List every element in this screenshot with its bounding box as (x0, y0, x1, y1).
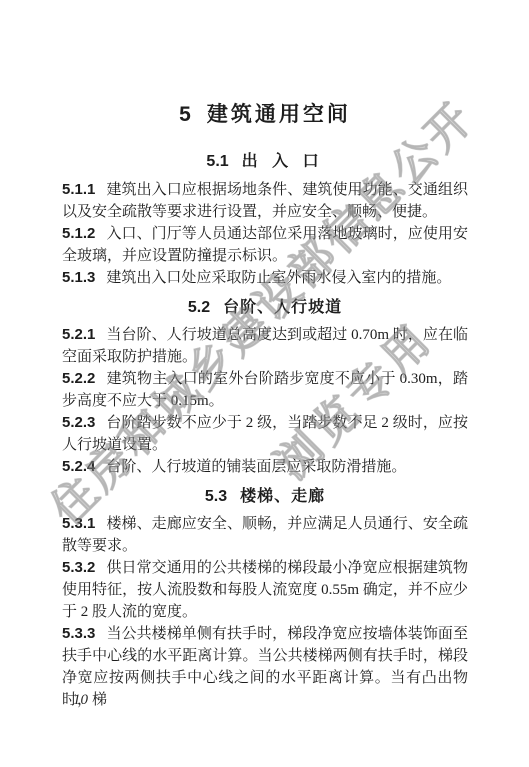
section-title: 台阶、人行坡道 (223, 299, 342, 316)
clause-number: 5.1.3 (62, 269, 106, 286)
clause-number: 5.2.2 (62, 370, 106, 387)
chapter-title-text: 建筑通用空间 (207, 103, 351, 126)
clause-number: 5.3.3 (62, 625, 106, 642)
clause-text: 楼梯、走廊应安全、顺畅，并应满足人员通行、安全疏散等要求。 (62, 516, 468, 554)
clause-number: 5.3.1 (62, 515, 106, 532)
page-number: 10 (73, 692, 88, 709)
section-number: 5.1 (206, 153, 228, 170)
clause-5-1-2: 5.1.2入口、门厅等人员通达部位采用落地玻璃时，应使用安全玻璃，并应设置防撞提… (62, 223, 468, 267)
clause-5-1-1: 5.1.1建筑出入口应根据场地条件、建筑使用功能、交通组织以及安全疏散等要求进行… (62, 179, 468, 223)
clause-text: 台阶踏步数不应少于 2 级，当踏步数不足 2 级时，应按人行坡道设置。 (62, 415, 468, 453)
clause-number: 5.2.3 (62, 414, 106, 431)
clause-5-2-1: 5.2.1当台阶、人行坡道总高度达到或超过 0.70m 时，应在临空面采取防护措… (62, 324, 468, 368)
clause-5-3-1: 5.3.1楼梯、走廊应安全、顺畅，并应满足人员通行、安全疏散等要求。 (62, 513, 468, 557)
clause-number: 5.1.2 (62, 225, 106, 242)
clause-5-2-4: 5.2.4台阶、人行坡道的铺装面层应采取防滑措施。 (62, 456, 468, 478)
section-number: 5.3 (205, 488, 227, 505)
clause-number: 5.3.2 (62, 559, 106, 576)
section-title: 楼梯、走廊 (240, 488, 325, 505)
clause-5-3-3: 5.3.3当公共楼梯单侧有扶手时，梯段净宽应按墙体装饰面至扶手中心线的水平距离计… (62, 623, 468, 711)
clause-text: 当公共楼梯单侧有扶手时，梯段净宽应按墙体装饰面至扶手中心线的水平距离计算。当公共… (62, 626, 468, 708)
section-heading-5-1: 5.1出 入 口 (62, 151, 468, 173)
section-number: 5.2 (188, 299, 210, 316)
clause-5-2-2: 5.2.2建筑物主入口的室外台阶踏步宽度不应小于 0.30m，踏步高度不应大于 … (62, 368, 468, 412)
clause-5-3-2: 5.3.2供日常交通用的公共楼梯的梯段最小净宽应根据建筑物使用特征，按人流股数和… (62, 557, 468, 623)
chapter-number: 5 (179, 103, 191, 126)
clause-number: 5.2.4 (62, 458, 106, 475)
clause-5-1-3: 5.1.3建筑出入口处应采取防止室外雨水侵入室内的措施。 (62, 267, 468, 289)
clause-text: 供日常交通用的公共楼梯的梯段最小净宽应根据建筑物使用特征，按人流股数和每股人流宽… (62, 560, 468, 620)
clause-number: 5.2.1 (62, 326, 106, 343)
clause-5-2-3: 5.2.3台阶踏步数不应少于 2 级，当踏步数不足 2 级时，应按人行坡道设置。 (62, 412, 468, 456)
clause-text: 建筑出入口处应采取防止室外雨水侵入室内的措施。 (106, 270, 451, 286)
clause-text: 建筑出入口应根据场地条件、建筑使用功能、交通组织以及安全疏散等要求进行设置，并应… (62, 182, 468, 220)
section-title: 出 入 口 (242, 153, 324, 170)
section-heading-5-2: 5.2台阶、人行坡道 (62, 297, 468, 319)
clause-text: 入口、门厅等人员通达部位采用落地玻璃时，应使用安全玻璃，并应设置防撞提示标识。 (62, 226, 468, 264)
page-content: 5建筑通用空间 5.1出 入 口 5.1.1建筑出入口应根据场地条件、建筑使用功… (62, 0, 468, 711)
document-page: 住房和城乡建设部信息公开 浏览专用 5建筑通用空间 5.1出 入 口 5.1.1… (0, 0, 529, 767)
clause-text: 台阶、人行坡道的铺装面层应采取防滑措施。 (106, 459, 406, 475)
clause-text: 当台阶、人行坡道总高度达到或超过 0.70m 时，应在临空面采取防护措施。 (62, 327, 468, 365)
chapter-title: 5建筑通用空间 (62, 101, 468, 129)
clause-number: 5.1.1 (62, 181, 106, 198)
section-heading-5-3: 5.3楼梯、走廊 (62, 486, 468, 508)
clause-text: 建筑物主入口的室外台阶踏步宽度不应小于 0.30m，踏步高度不应大于 0.15m… (62, 371, 468, 409)
